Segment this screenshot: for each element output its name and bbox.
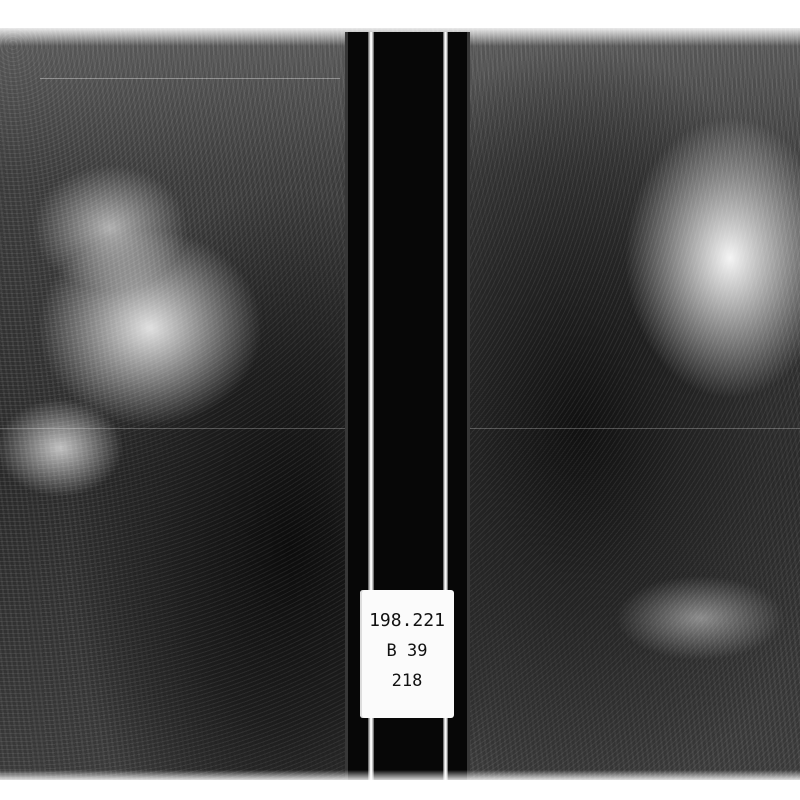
call-number-label: 198.221 B 39 218 [360, 590, 454, 718]
book-scan: 198.221 B 39 218 [0, 0, 800, 800]
spine-edge-left [345, 32, 348, 780]
spine-edge-right [467, 32, 470, 780]
call-number-item: 218 [392, 666, 423, 696]
call-number-cutter: B 39 [387, 636, 428, 666]
cover-scratch [40, 78, 340, 79]
bottom-edge [0, 770, 800, 800]
call-number-class: 198.221 [369, 606, 445, 636]
